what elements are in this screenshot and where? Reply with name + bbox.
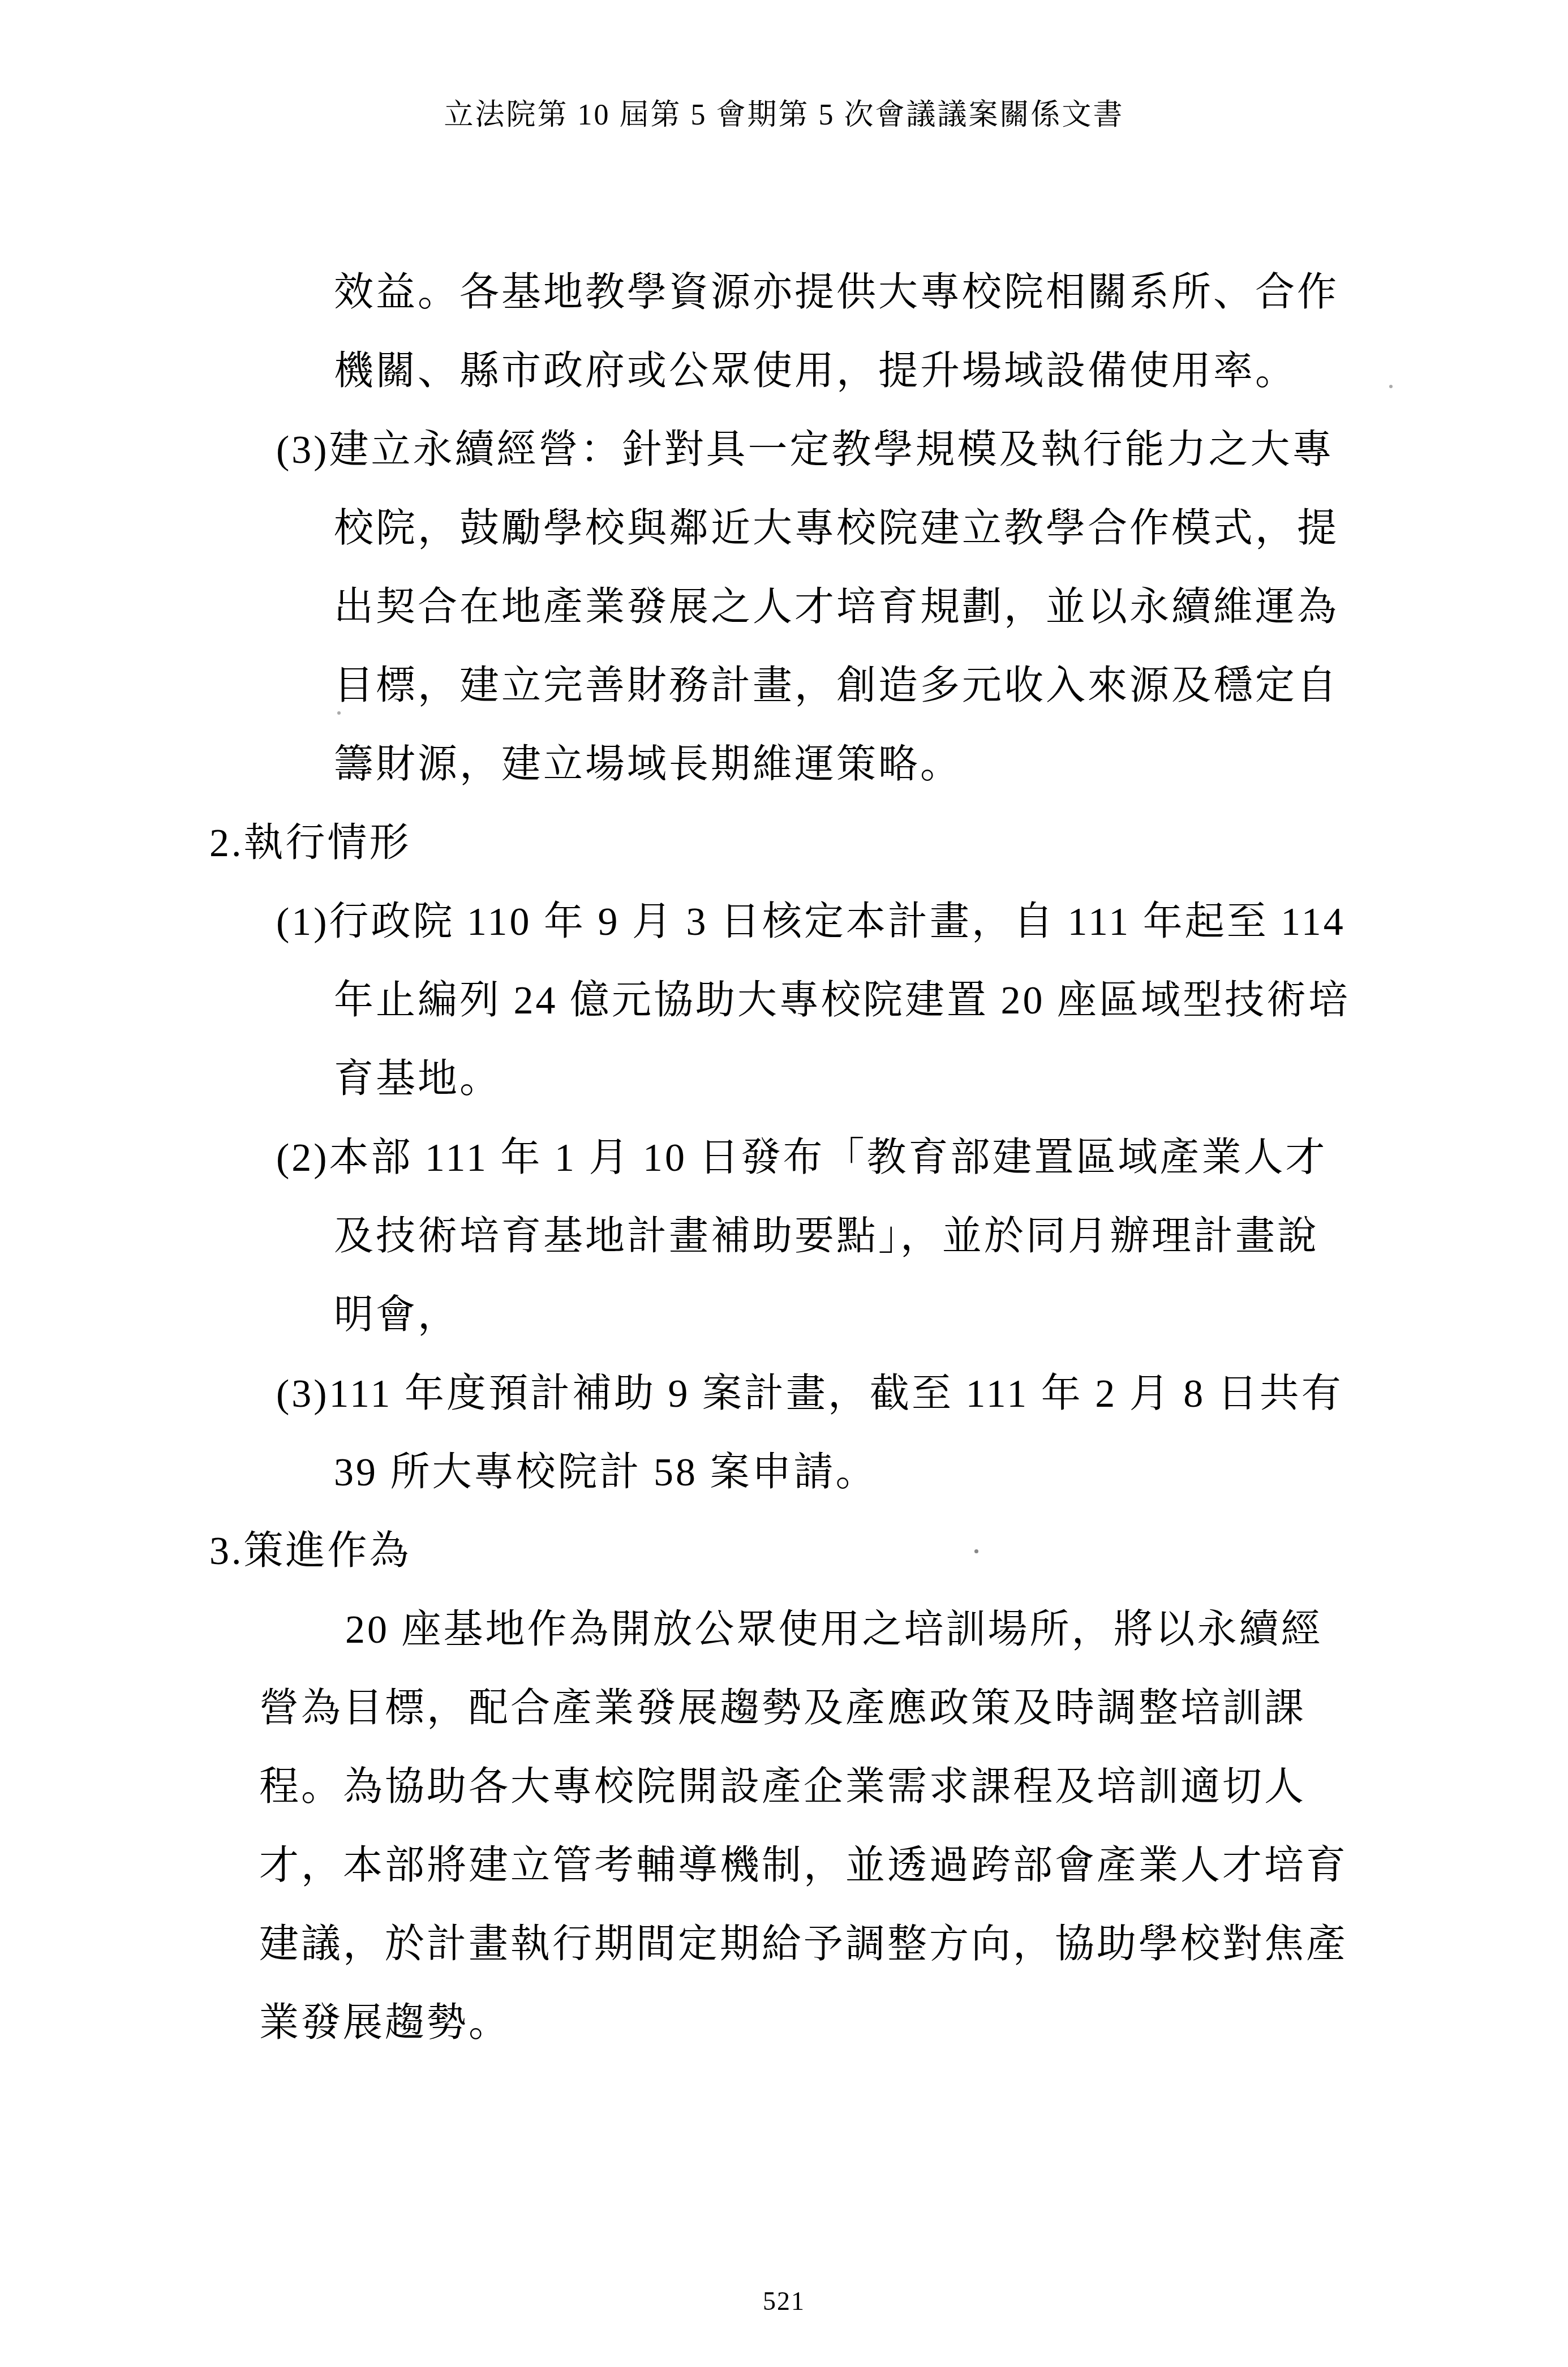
scanned-document-page: { "doc": { "header": "立法院第 10 屆第 5 會期第 5… — [0, 0, 1568, 2367]
text-line: 效益。各基地教學資源亦提供大專校院相關系所、合作 — [0, 254, 1568, 332]
text-line-subitem-3b: (3)111 年度預計補助 9 案計畫，截至 111 年 2 月 8 日共有 — [0, 1355, 1568, 1433]
section-heading-2: 2.執行情形 — [0, 804, 1568, 883]
text-line: 營為目標，配合產業發展趨勢及產應政策及時調整培訓課 — [0, 1669, 1568, 1748]
text-line: 目標，建立完善財務計畫，創造多元收入來源及穩定自 — [0, 647, 1568, 725]
text-line: 才，本部將建立管考輔導機制，並透過跨部會產業人才培育 — [0, 1827, 1568, 1905]
text-line-subitem-3: (3)建立永續經營：針對具一定教學規模及執行能力之大專 — [0, 411, 1568, 489]
text-line-subitem-1: (1)行政院 110 年 9 月 3 日核定本計畫，自 111 年起至 114 — [0, 883, 1568, 961]
text-line: 年止編列 24 億元協助大專校院建置 20 座區域型技術培 — [0, 961, 1568, 1040]
text-line: 及技術培育基地計畫補助要點」，並於同月辦理計畫說 — [0, 1197, 1568, 1276]
text-line: 機關、縣市政府或公眾使用，提升場域設備使用率。 — [0, 332, 1568, 411]
text-line: 建議，於計畫執行期間定期給予調整方向，協助學校對焦產 — [0, 1905, 1568, 1984]
document-header-title: 立法院第 10 屆第 5 會期第 5 次會議議案關係文書 — [0, 91, 1568, 133]
scan-speck — [1389, 385, 1393, 388]
text-line: 業發展趨勢。 — [0, 1984, 1568, 2063]
text-line: 育基地。 — [0, 1040, 1568, 1119]
text-line: 20 座基地作為開放公眾使用之培訓場所，將以永續經 — [0, 1591, 1568, 1669]
section-heading-3: 3.策進作為 — [0, 1512, 1568, 1591]
text-line: 校院，鼓勵學校與鄰近大專校院建立教學合作模式，提 — [0, 489, 1568, 568]
text-line: 程。為協助各大專校院開設產企業需求課程及培訓適切人 — [0, 1748, 1568, 1827]
text-line-subitem-2: (2)本部 111 年 1 月 10 日發布「教育部建置區域產業人才 — [0, 1119, 1568, 1197]
text-line: 明會， — [0, 1276, 1568, 1355]
text-line: 39 所大專校院計 58 案申請。 — [0, 1433, 1568, 1512]
scan-speck — [337, 711, 341, 715]
page-number: 521 — [0, 2286, 1568, 2316]
text-line: 籌財源，建立場域長期維運策略。 — [0, 725, 1568, 804]
scan-speck — [974, 1549, 978, 1553]
text-line: 出契合在地產業發展之人才培育規劃，並以永續維運為 — [0, 568, 1568, 647]
document-body: 效益。各基地教學資源亦提供大專校院相關系所、合作 機關、縣市政府或公眾使用，提升… — [0, 254, 1568, 2063]
